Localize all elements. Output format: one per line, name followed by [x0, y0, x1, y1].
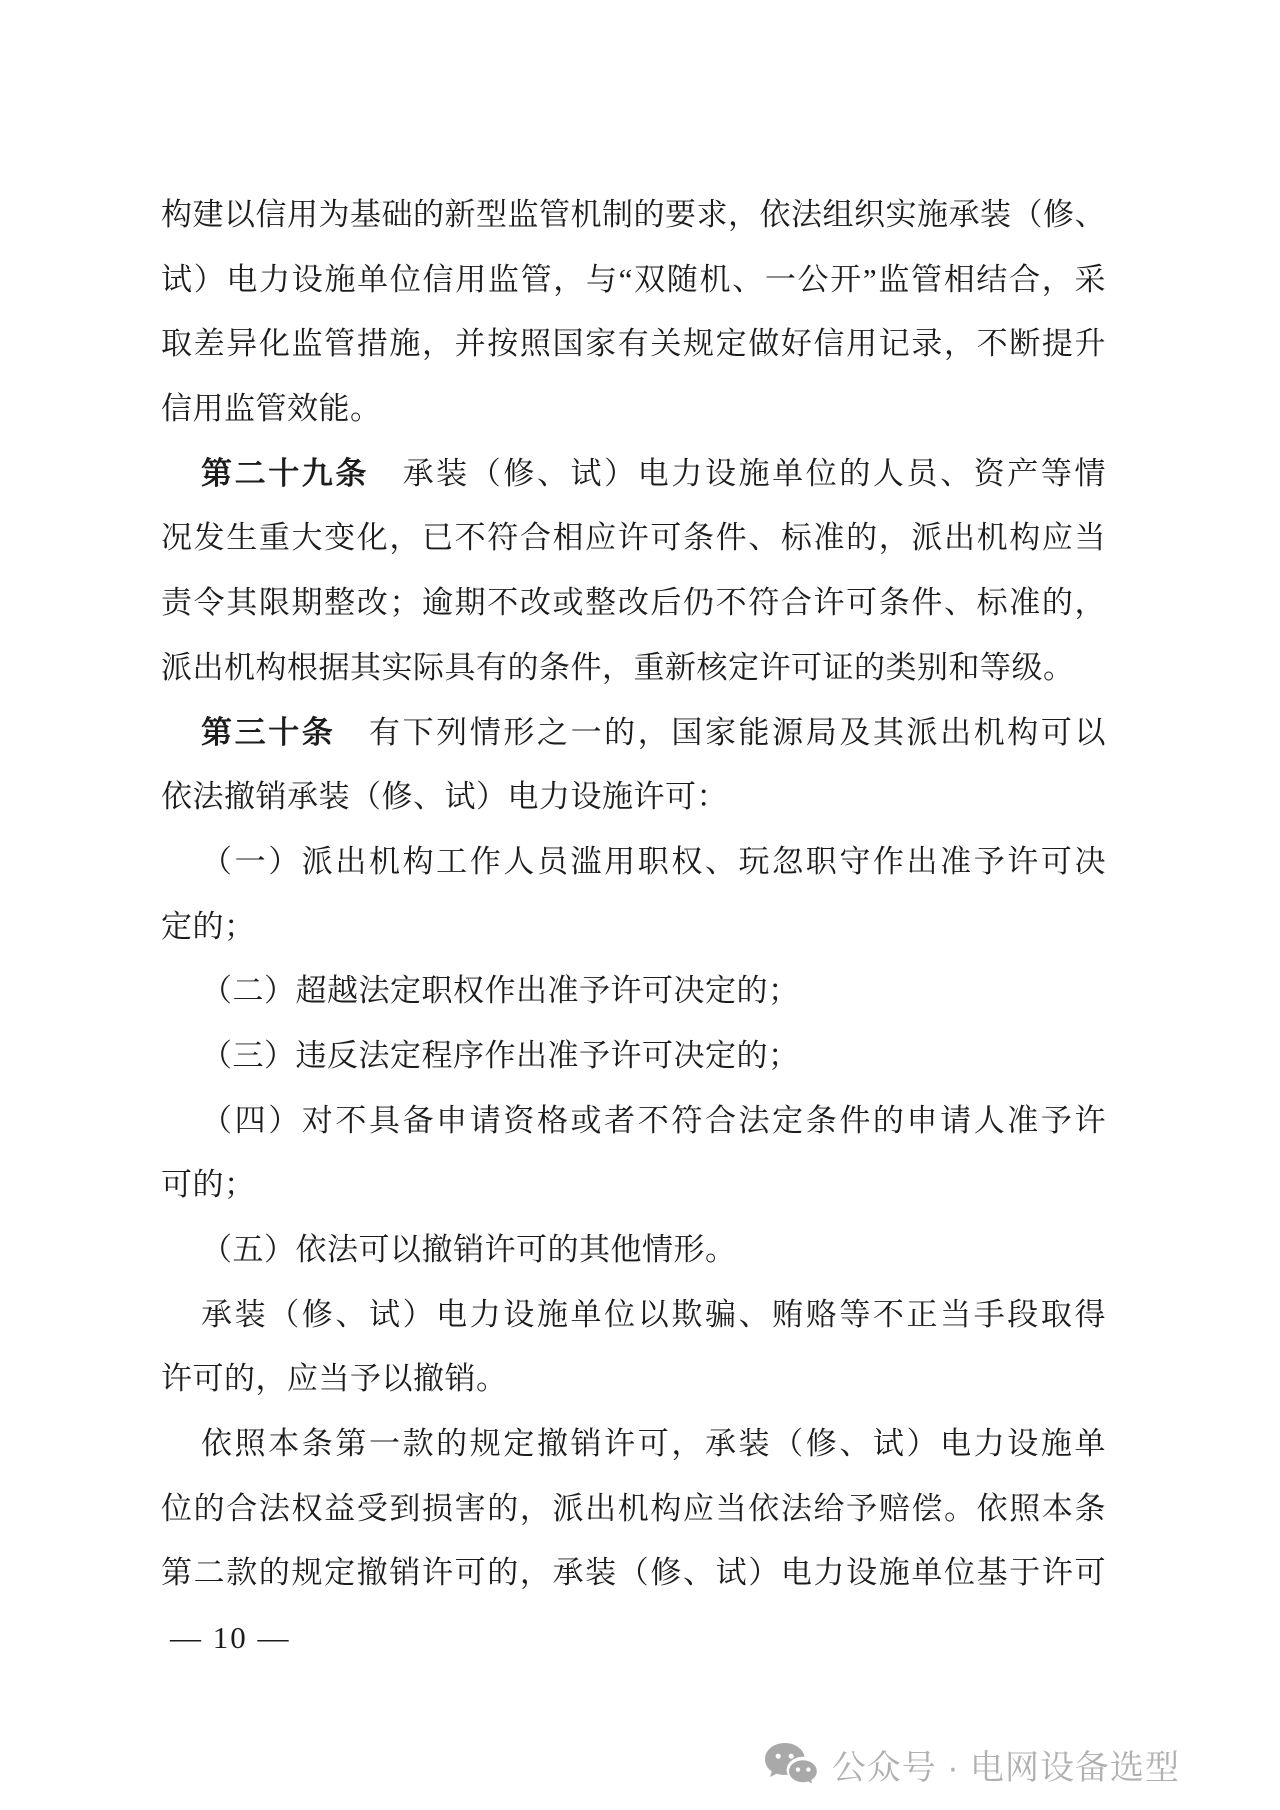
- page-number: — 10 —: [170, 1618, 291, 1658]
- text-segment: 责令其限期整改；逾期不改或整改后仍不符合许可条件、标准的，: [161, 585, 1106, 620]
- text-line: 信用监管效能。: [161, 377, 1106, 442]
- text-segment: （五）依法可以撤销许可的其他情形。: [201, 1232, 737, 1267]
- text-line: 试）电力设施单位信用监管，与“双随机、一公开”监管相结合，采: [161, 248, 1106, 313]
- text-segment: 位的合法权益受到损害的，派出机构应当依法给予赔偿。依照本条: [161, 1491, 1106, 1526]
- text-segment: 可的；: [161, 1167, 256, 1202]
- watermark-text: 公众号 · 电网设备选型: [832, 1740, 1180, 1789]
- text-segment: 有下列情形之一的，国家能源局及其派出机构可以: [335, 715, 1106, 750]
- text-segment: 信用监管效能。: [161, 391, 382, 426]
- text-segment: （一）派出机构工作人员滥用职权、玩忽职守作出准予许可决: [201, 844, 1106, 879]
- text-segment: 定的；: [161, 909, 256, 944]
- text-segment: （三）违反法定程序作出准予许可决定的；: [201, 1038, 800, 1073]
- text-segment: 依法撤销承装（修、试）电力设施许可：: [161, 779, 728, 814]
- text-segment: 况发生重大变化，已不符合相应许可条件、标准的，派出机构应当: [161, 520, 1106, 555]
- text-line: （四）对不具备申请资格或者不符合法定条件的申请人准予许: [161, 1089, 1106, 1154]
- text-line: 第二十九条 承装（修、试）电力设施单位的人员、资产等情: [161, 442, 1106, 507]
- text-line: 依法撤销承装（修、试）电力设施许可：: [161, 765, 1106, 830]
- text-line: 第二款的规定撤销许可的，承装（修、试）电力设施单位基于许可: [161, 1541, 1106, 1606]
- text-line: 构建以信用为基础的新型监管机制的要求，依法组织实施承装（修、: [161, 183, 1106, 248]
- text-line: 责令其限期整改；逾期不改或整改后仍不符合许可条件、标准的，: [161, 571, 1106, 636]
- text-line: （一）派出机构工作人员滥用职权、玩忽职守作出准予许可决: [161, 830, 1106, 895]
- text-segment: 派出机构根据其实际具有的条件，重新核定许可证的类别和等级。: [161, 650, 1075, 685]
- text-block: 构建以信用为基础的新型监管机制的要求，依法组织实施承装（修、试）电力设施单位信用…: [161, 183, 1106, 1606]
- text-line: 取差异化监管措施，并按照国家有关规定做好信用记录，不断提升: [161, 312, 1106, 377]
- text-segment: 承装（修、试）电力设施单位以欺骗、贿赂等不正当手段取得: [201, 1297, 1106, 1332]
- text-segment: （二）超越法定职权作出准予许可决定的；: [201, 973, 800, 1008]
- text-line: （二）超越法定职权作出准予许可决定的；: [161, 959, 1106, 1024]
- text-line: 依照本条第一款的规定撤销许可，承装（修、试）电力设施单: [161, 1412, 1106, 1477]
- text-segment: （四）对不具备申请资格或者不符合法定条件的申请人准予许: [201, 1103, 1106, 1138]
- text-line: 承装（修、试）电力设施单位以欺骗、贿赂等不正当手段取得: [161, 1283, 1106, 1348]
- article-number: 第三十条: [201, 715, 335, 750]
- watermark: 公众号 · 电网设备选型: [764, 1740, 1180, 1789]
- text-line: （三）违反法定程序作出准予许可决定的；: [161, 1024, 1106, 1089]
- text-segment: 取差异化监管措施，并按照国家有关规定做好信用记录，不断提升: [161, 326, 1106, 361]
- text-segment: 承装（修、试）电力设施单位的人员、资产等情: [369, 456, 1106, 491]
- text-line: （五）依法可以撤销许可的其他情形。: [161, 1218, 1106, 1283]
- text-segment: 许可的，应当予以撤销。: [161, 1361, 508, 1396]
- text-line: 定的；: [161, 895, 1106, 960]
- text-segment: 构建以信用为基础的新型监管机制的要求，依法组织实施承装（修、: [161, 197, 1106, 232]
- text-segment: 依照本条第一款的规定撤销许可，承装（修、试）电力设施单: [201, 1426, 1106, 1461]
- text-line: 况发生重大变化，已不符合相应许可条件、标准的，派出机构应当: [161, 506, 1106, 571]
- wechat-icon: [764, 1742, 818, 1788]
- text-segment: 第二款的规定撤销许可的，承装（修、试）电力设施单位基于许可: [161, 1555, 1106, 1590]
- text-line: 可的；: [161, 1153, 1106, 1218]
- text-segment: 试）电力设施单位信用监管，与“双随机、一公开”监管相结合，采: [161, 262, 1106, 297]
- article-number: 第二十九条: [201, 456, 369, 491]
- document-page: 构建以信用为基础的新型监管机制的要求，依法组织实施承装（修、试）电力设施单位信用…: [0, 0, 1280, 1810]
- text-line: 派出机构根据其实际具有的条件，重新核定许可证的类别和等级。: [161, 636, 1106, 701]
- text-line: 许可的，应当予以撤销。: [161, 1347, 1106, 1412]
- text-line: 位的合法权益受到损害的，派出机构应当依法给予赔偿。依照本条: [161, 1477, 1106, 1542]
- text-line: 第三十条 有下列情形之一的，国家能源局及其派出机构可以: [161, 701, 1106, 766]
